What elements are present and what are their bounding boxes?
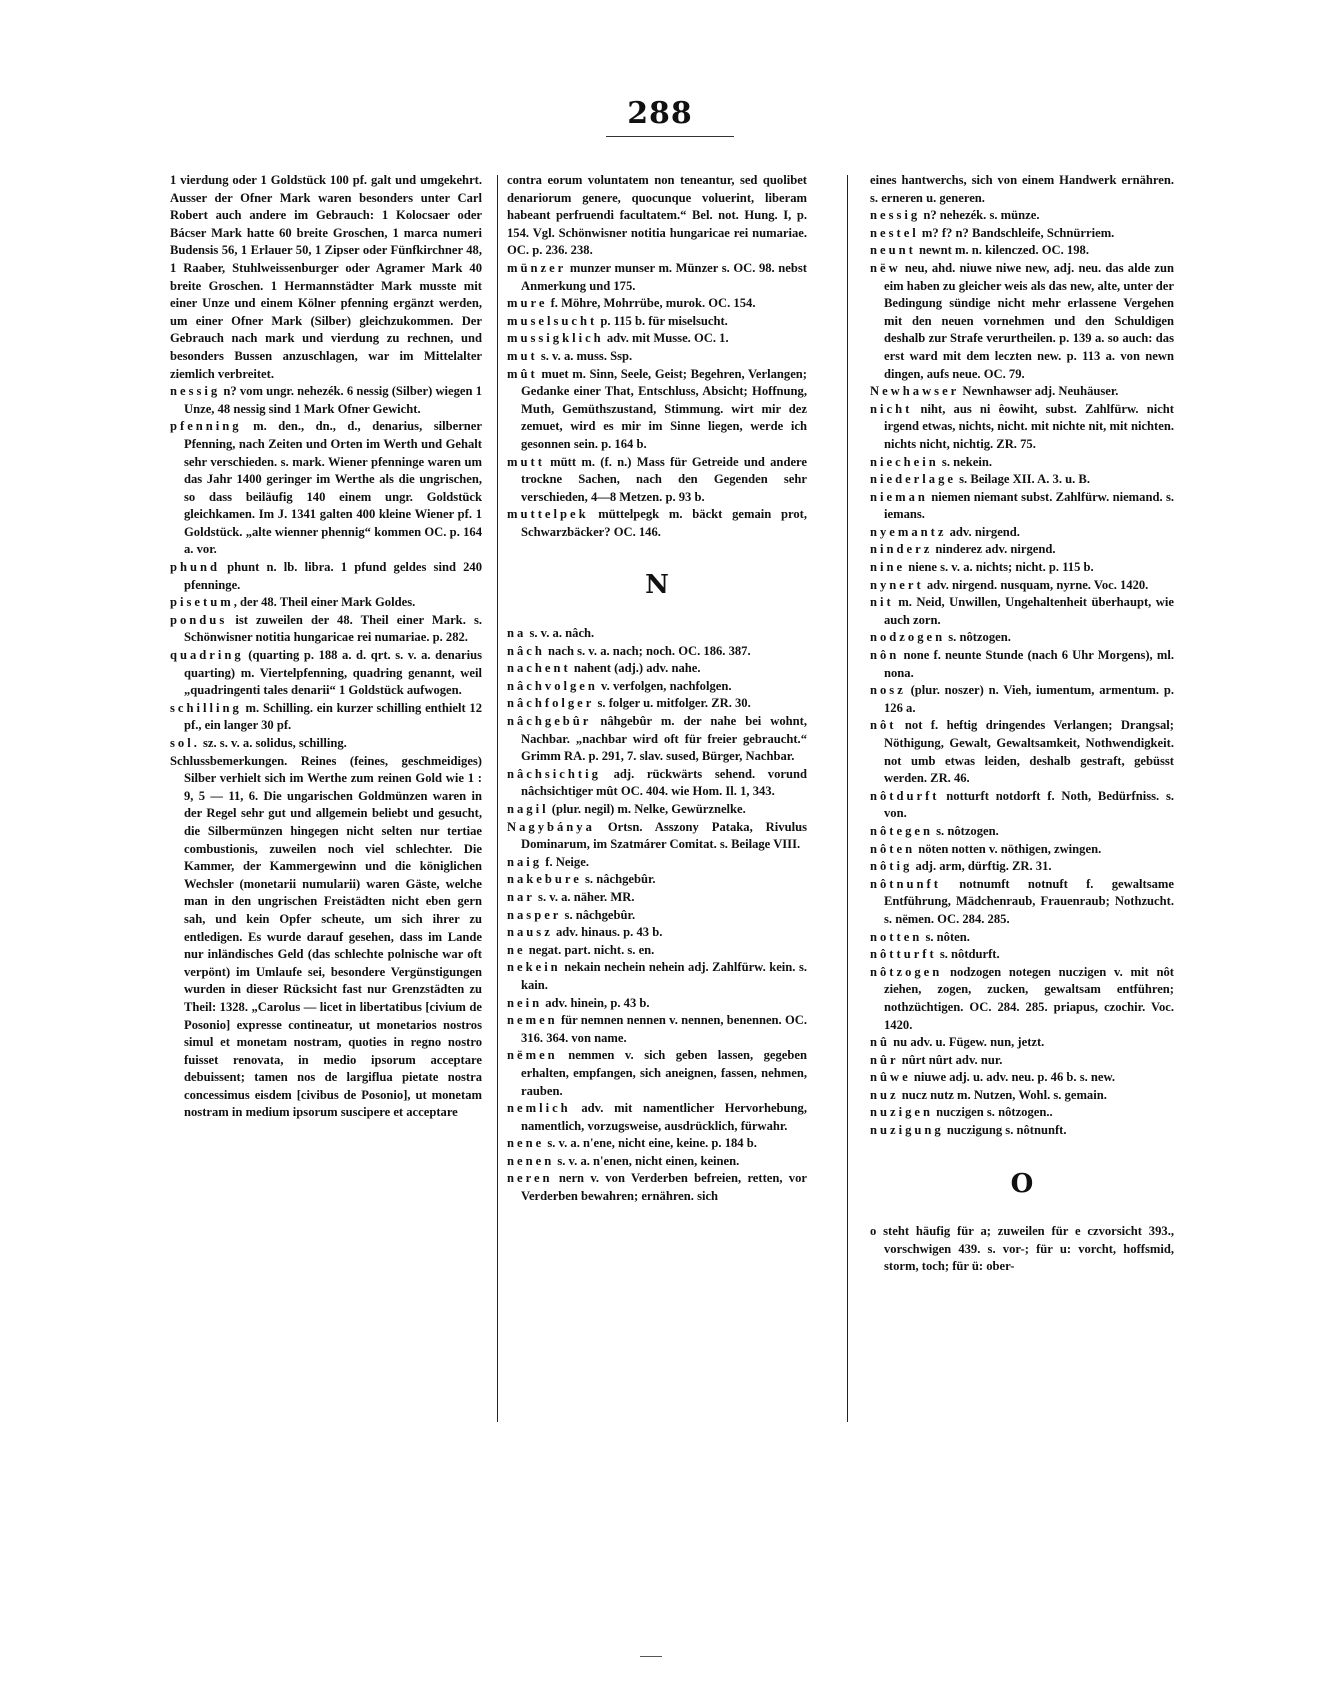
- entry-text: phunt n. lb. libra. 1 pfund geldes sind …: [184, 560, 482, 592]
- headword: nôtegen: [870, 824, 933, 838]
- headword: nachent: [507, 661, 571, 675]
- dictionary-entry: nestel m? f? n? Bandschleife, Schnürriem…: [870, 225, 1174, 243]
- dictionary-entry: nasper s. nâchgebûr.: [507, 907, 807, 925]
- dictionary-entry: nuz nucz nutz m. Nutzen, Wohl. s. gemain…: [870, 1087, 1174, 1105]
- headword: nâchsichtig: [507, 767, 601, 781]
- entry-text: s. folger u. mitfolger. ZR. 30.: [594, 696, 750, 710]
- dictionary-entry: nit m. Neid, Unwillen, Ungehaltenheit üb…: [870, 594, 1174, 629]
- dictionary-entry: nosz (plur. noszer) n. Vieh, iumentum, a…: [870, 682, 1174, 717]
- dictionary-entry: nôtzogen nodzogen notegen nuczigen v. mi…: [870, 964, 1174, 1034]
- dictionary-entry: nine niene s. v. a. nichts; nicht. p. 11…: [870, 559, 1174, 577]
- dictionary-entry: nenen s. v. a. n'enen, nicht einen, kein…: [507, 1153, 807, 1171]
- entry-text: v. verfolgen, nachfolgen.: [598, 679, 732, 693]
- dictionary-entry: nemlich adv. mit namentlicher Hervorhebu…: [507, 1100, 807, 1135]
- dictionary-entry: muttelpek müttelpegk m. bäckt gemain pro…: [507, 506, 807, 541]
- column-2: contra eorum voluntatem non teneantur, s…: [507, 172, 807, 1206]
- headword: nessig: [870, 208, 920, 222]
- headword: nieman: [870, 490, 928, 504]
- dictionary-entry: nû nu adv. u. Fügew. nun, jetzt.: [870, 1034, 1174, 1052]
- entry-text: s. nâchgebûr.: [561, 908, 635, 922]
- entry-text: s. nekein.: [939, 455, 992, 469]
- entry-text: p. 115 b. für miselsucht.: [597, 314, 728, 328]
- headword: nûr: [870, 1053, 899, 1067]
- headword: naig: [507, 855, 542, 869]
- headword: nodzogen: [870, 630, 945, 644]
- entry-text: s. v. a. nâch.: [526, 626, 594, 640]
- entry-text: negat. part. nicht. s. en.: [526, 943, 655, 957]
- page-number: 288: [560, 96, 760, 131]
- dictionary-entry: nodzogen s. nôtzogen.: [870, 629, 1174, 647]
- headword: nôten: [870, 842, 915, 856]
- headword: nagil: [507, 802, 549, 816]
- dictionary-entry: Nagybánya Ortsn. Asszony Pataka, Rivulus…: [507, 819, 807, 854]
- headword: sol.: [170, 736, 200, 750]
- dictionary-entry: mut s. v. a. muss. Ssp.: [507, 348, 807, 366]
- headword: nemen: [507, 1013, 558, 1027]
- dictionary-entry: nicht niht, aus ni êowiht, subst. Zahlfü…: [870, 401, 1174, 454]
- headword: nynert: [870, 578, 924, 592]
- section-letter: O: [870, 1176, 1174, 1194]
- entry-text: m. den., dn., d., denarius, silberner Pf…: [184, 419, 482, 556]
- headword: nicht: [870, 402, 912, 416]
- dictionary-entry: mût muet m. Sinn, Seele, Geist; Begehren…: [507, 366, 807, 454]
- entry-text: niene s. v. a. nichts; nicht. p. 115 b.: [905, 560, 1094, 574]
- entry-text: adv. hinein, p. 43 b.: [542, 996, 649, 1010]
- headword: nuz: [870, 1088, 899, 1102]
- entry-text: , der 48. Theil einer Mark Goldes.: [234, 595, 416, 609]
- headword: nuzigung: [870, 1123, 944, 1137]
- entry-text: n? nehezék. s. münze.: [920, 208, 1039, 222]
- headword: nar: [507, 890, 535, 904]
- headword: nasper: [507, 908, 561, 922]
- headword: nôtdurft: [870, 789, 939, 803]
- headword: ninderz: [870, 542, 932, 556]
- dictionary-entry: nëw neu, ahd. niuwe niwe new, adj. neu. …: [870, 260, 1174, 383]
- entry-text: sz. s. v. a. solidus, schilling.: [200, 736, 347, 750]
- dictionary-entry: quadring (quarting p. 188 a. d. qrt. s. …: [170, 647, 482, 700]
- entry-text: niht, aus ni êowiht, subst. Zahlfürw. ni…: [884, 402, 1174, 451]
- entry-text: none f. neunte Stunde (nach 6 Uhr Morgen…: [884, 648, 1174, 680]
- headword: nâchvolgen: [507, 679, 598, 693]
- headword: nausz: [507, 925, 553, 939]
- entry-text: 1 vierdung oder 1 Goldstück 100 pf. galt…: [170, 173, 482, 381]
- dictionary-entry: pondus ist zuweilen der 48. Theil einer …: [170, 612, 482, 647]
- section-letter: N: [507, 577, 807, 595]
- dictionary-entry: nein adv. hinein, p. 43 b.: [507, 995, 807, 1013]
- entry-text: s. v. a. n'ene, nicht eine, keine. p. 18…: [544, 1136, 757, 1150]
- headword: nëw: [870, 261, 901, 275]
- headword: nein: [507, 996, 542, 1010]
- entry-text: s. nôten.: [922, 930, 970, 944]
- entry-text: f. Möhre, Mohrrübe, murok. OC. 154.: [547, 296, 755, 310]
- entry-text: f. Neige.: [542, 855, 589, 869]
- dictionary-entry: nâchsichtig adj. rückwärts sehend. vorun…: [507, 766, 807, 801]
- dictionary-entry: ne negat. part. nicht. s. en.: [507, 942, 807, 960]
- dictionary-entry: nessig n? vom ungr. nehezék. 6 nessig (S…: [170, 383, 482, 418]
- dictionary-entry: na s. v. a. nâch.: [507, 625, 807, 643]
- dictionary-entry: nâchgebûr nâhgebûr m. der nahe bei wohnt…: [507, 713, 807, 766]
- dictionary-entry: nausz adv. hinaus. p. 43 b.: [507, 924, 807, 942]
- entry-text: s. nôtzogen.: [945, 630, 1011, 644]
- dictionary-entry: nuzigung nuczigung s. nôtnunft.: [870, 1122, 1174, 1140]
- headword: nessig: [170, 384, 220, 398]
- entry-text: Newnhawser adj. Neuhäuser.: [959, 384, 1118, 398]
- headword: phund: [170, 560, 220, 574]
- headword: mutt: [507, 455, 545, 469]
- dictionary-entry: nôt not f. heftig dringendes Verlangen; …: [870, 717, 1174, 787]
- entry-text: nahent (adj.) adv. nahe.: [571, 661, 701, 675]
- headword: mut: [507, 349, 538, 363]
- dictionary-entry: nëmen nemmen v. sich geben lassen, gegeb…: [507, 1047, 807, 1100]
- dictionary-entry: nachent nahent (adj.) adv. nahe.: [507, 660, 807, 678]
- column-divider: [497, 175, 498, 1422]
- entry-text: adj. arm, dürftig. ZR. 31.: [912, 859, 1051, 873]
- headword: mure: [507, 296, 547, 310]
- headword: nakebure: [507, 872, 582, 886]
- column-3: eines hantwerchs, sich von einem Handwer…: [870, 172, 1174, 1276]
- entry-text: mütt m. (f. n.) Mass für Getreide und an…: [521, 455, 807, 504]
- dictionary-entry: mutt mütt m. (f. n.) Mass für Getreide u…: [507, 454, 807, 507]
- headword: nôt: [870, 718, 897, 732]
- headword: nû: [870, 1035, 890, 1049]
- entry-text: adv. hinaus. p. 43 b.: [553, 925, 663, 939]
- entry-text: s. Beilage XII. A. 3. u. B.: [956, 472, 1090, 486]
- dictionary-entry: mussigklich adv. mit Musse. OC. 1.: [507, 330, 807, 348]
- dictionary-entry: niechein s. nekein.: [870, 454, 1174, 472]
- entry-text: n? vom ungr. nehezék. 6 nessig (Silber) …: [184, 384, 482, 416]
- entry-text: nöten notten v. nöthigen, zwingen.: [915, 842, 1101, 856]
- dictionary-entry: nyemantz adv. nirgend.: [870, 524, 1174, 542]
- headword: nyemantz: [870, 525, 946, 539]
- headword: ne: [507, 943, 526, 957]
- entry-text: muet m. Sinn, Seele, Geist; Begehren, Ve…: [521, 367, 807, 451]
- headword: nene: [507, 1136, 544, 1150]
- dictionary-entry: nagil (plur. negil) m. Nelke, Gewürznelk…: [507, 801, 807, 819]
- entry-text: m? f? n? Bandschleife, Schnürriem.: [919, 226, 1115, 240]
- dictionary-entry: nôtnunft notnumft notnuft f. gewaltsame …: [870, 876, 1174, 929]
- headword: nôtturft: [870, 947, 937, 961]
- dictionary-entry: nynert adv. nirgend. nusquam, nyrne. Voc…: [870, 577, 1174, 595]
- dictionary-entry: nûwe niuwe adj. u. adv. neu. p. 46 b. s.…: [870, 1069, 1174, 1087]
- dictionary-entry: neren nern v. von Verderben befreien, re…: [507, 1170, 807, 1205]
- entry-text: ist zuweilen der 48. Theil einer Mark. s…: [184, 613, 482, 645]
- dictionary-entry: nekein nekain nechein nehein adj. Zahlfü…: [507, 959, 807, 994]
- headword: notten: [870, 930, 922, 944]
- dictionary-entry: nôn none f. neunte Stunde (nach 6 Uhr Mo…: [870, 647, 1174, 682]
- entry-text: s. nôtdurft.: [937, 947, 1000, 961]
- dictionary-entry: mure f. Möhre, Mohrrübe, murok. OC. 154.: [507, 295, 807, 313]
- headword: nûwe: [870, 1070, 911, 1084]
- dictionary-entry: nâch nach s. v. a. nach; noch. OC. 186. …: [507, 643, 807, 661]
- headword: niederlage: [870, 472, 956, 486]
- dictionary-entry: sol. sz. s. v. a. solidus, schilling.: [170, 735, 482, 753]
- dictionary-entry: Newhawser Newnhawser adj. Neuhäuser.: [870, 383, 1174, 401]
- entry-text: m. Neid, Unwillen, Ungehaltenheit überha…: [884, 595, 1174, 627]
- headword: nâchgebûr: [507, 714, 591, 728]
- entry-text: ninderez adv. nirgend.: [932, 542, 1055, 556]
- dictionary-entry: nôtegen s. nôtzogen.: [870, 823, 1174, 841]
- headword: nenen: [507, 1154, 554, 1168]
- dictionary-entry: nâchvolgen v. verfolgen, nachfolgen.: [507, 678, 807, 696]
- headword: nôn: [870, 648, 899, 662]
- headword: pfenning: [170, 419, 242, 433]
- entry-text: nemmen v. sich geben lassen, gegeben erh…: [521, 1048, 807, 1097]
- entry-text: niuwe adj. u. adv. neu. p. 46 b. s. new.: [911, 1070, 1115, 1084]
- column-divider: [847, 175, 848, 1422]
- dictionary-entry: muselsucht p. 115 b. für miselsucht.: [507, 313, 807, 331]
- entry-text: nucz nutz m. Nutzen, Wohl. s. gemain.: [899, 1088, 1107, 1102]
- entry-text: s. nôtzogen.: [933, 824, 999, 838]
- entry-text: s. v. a. n'enen, nicht einen, keinen.: [554, 1154, 739, 1168]
- dictionary-entry: phund phunt n. lb. libra. 1 pfund geldes…: [170, 559, 482, 594]
- entry-text: Schlussbemerkungen. Reines (feines, gesc…: [170, 754, 482, 1120]
- headword: quadring: [170, 648, 244, 662]
- dictionary-entry: schilling m. Schilling. ein kurzer schil…: [170, 700, 482, 735]
- entry-text: (plur. negil) m. Nelke, Gewürznelke.: [549, 802, 746, 816]
- headword: nemlich: [507, 1101, 571, 1115]
- entry-text: niemen niemant subst. Zahlfürw. niemand.…: [884, 490, 1174, 522]
- dictionary-entry: pisetum, der 48. Theil einer Mark Goldes…: [170, 594, 482, 612]
- dictionary-entry: nene s. v. a. n'ene, nicht eine, keine. …: [507, 1135, 807, 1153]
- headword: nôtig: [870, 859, 912, 873]
- headword: nestel: [870, 226, 919, 240]
- headword: niechein: [870, 455, 939, 469]
- dictionary-entry: nôtturft s. nôtdurft.: [870, 946, 1174, 964]
- headword: nôtzogen: [870, 965, 942, 979]
- entry-text: adv. nirgend.: [946, 525, 1019, 539]
- dictionary-entry: o steht häufig für a; zuweilen für e czv…: [870, 1223, 1174, 1276]
- entry-text: newnt m. n. kilenczed. OC. 198.: [916, 243, 1089, 257]
- headword: na: [507, 626, 526, 640]
- dictionary-entry: nakebure s. nâchgebûr.: [507, 871, 807, 889]
- dictionary-entry: Schlussbemerkungen. Reines (feines, gesc…: [170, 753, 482, 1122]
- entry-text: not f. heftig dringendes Verlangen; Dran…: [884, 718, 1174, 785]
- headword: mussigklich: [507, 331, 604, 345]
- dictionary-entry: nuzigen nuczigen s. nôtzogen..: [870, 1104, 1174, 1122]
- entry-text: adv. mit Musse. OC. 1.: [604, 331, 729, 345]
- entry-text: contra eorum voluntatem non teneantur, s…: [507, 173, 807, 257]
- headword: Newhawser: [870, 384, 959, 398]
- dictionary-entry: nessig n? nehezék. s. münze.: [870, 207, 1174, 225]
- headword: nôtnunft: [870, 877, 941, 891]
- dictionary-entry: pfenning m. den., dn., d., denarius, sil…: [170, 418, 482, 559]
- headword: nosz: [870, 683, 906, 697]
- dictionary-entry: notten s. nôten.: [870, 929, 1174, 947]
- entry-text: eines hantwerchs, sich von einem Handwer…: [870, 173, 1174, 205]
- headword: nit: [870, 595, 894, 609]
- entry-text: (plur. noszer) n. Vieh, iumentum, arment…: [884, 683, 1174, 715]
- entry-text: s. v. a. muss. Ssp.: [538, 349, 633, 363]
- headword: nuzigen: [870, 1105, 933, 1119]
- entry-text: o steht häufig für a; zuweilen für e czv…: [870, 1224, 1174, 1273]
- continued-text: eines hantwerchs, sich von einem Handwer…: [870, 172, 1174, 207]
- footer-mark: [640, 1656, 662, 1657]
- dictionary-entry: ninderz ninderez adv. nirgend.: [870, 541, 1174, 559]
- headword: nâch: [507, 644, 545, 658]
- dictionary-entry: naig f. Neige.: [507, 854, 807, 872]
- entry-text: nekain nechein nehein adj. Zahlfürw. kei…: [521, 960, 807, 992]
- headword: mût: [507, 367, 538, 381]
- entry-text: nach s. v. a. nach; noch. OC. 186. 387.: [545, 644, 751, 658]
- headword: münzer: [507, 261, 566, 275]
- entry-text: adv. nirgend. nusquam, nyrne. Voc. 1420.: [924, 578, 1149, 592]
- entry-text: s. v. a. näher. MR.: [535, 890, 635, 904]
- dictionary-entry: neunt newnt m. n. kilenczed. OC. 198.: [870, 242, 1174, 260]
- headword: nine: [870, 560, 905, 574]
- headword: nëmen: [507, 1048, 558, 1062]
- entry-text: nuczigung s. nôtnunft.: [944, 1123, 1067, 1137]
- headword: neunt: [870, 243, 916, 257]
- header-rule: [606, 136, 734, 137]
- dictionary-entry: nôten nöten notten v. nöthigen, zwingen.: [870, 841, 1174, 859]
- column-1: 1 vierdung oder 1 Goldstück 100 pf. galt…: [170, 172, 482, 1122]
- dictionary-entry: nûr nûrt nûrt adv. nur.: [870, 1052, 1174, 1070]
- dictionary-entry: nôtdurft notturft notdorft f. Noth, Bedü…: [870, 788, 1174, 823]
- entry-text: nern v. von Verderben befreien, retten, …: [521, 1171, 807, 1203]
- headword: nâchfolger: [507, 696, 594, 710]
- headword: muselsucht: [507, 314, 597, 328]
- headword: pondus: [170, 613, 227, 627]
- entry-text: für nemnen nennen v. nennen, benennen. O…: [521, 1013, 807, 1045]
- dictionary-entry: nieman niemen niemant subst. Zahlfürw. n…: [870, 489, 1174, 524]
- headword: neren: [507, 1171, 553, 1185]
- headword: muttelpek: [507, 507, 589, 521]
- continued-text: contra eorum voluntatem non teneantur, s…: [507, 172, 807, 260]
- entry-text: nu adv. u. Fügew. nun, jetzt.: [890, 1035, 1044, 1049]
- headword: schilling: [170, 701, 242, 715]
- headword: pisetum: [170, 595, 234, 609]
- headword: nekein: [507, 960, 561, 974]
- entry-text: s. nâchgebûr.: [582, 872, 656, 886]
- dictionary-entry: nâchfolger s. folger u. mitfolger. ZR. 3…: [507, 695, 807, 713]
- dictionary-entry: nar s. v. a. näher. MR.: [507, 889, 807, 907]
- dictionary-entry: nemen für nemnen nennen v. nennen, benen…: [507, 1012, 807, 1047]
- dictionary-entry: münzer munzer munser m. Münzer s. OC. 98…: [507, 260, 807, 295]
- entry-text: nuczigen s. nôtzogen..: [933, 1105, 1053, 1119]
- entry-text: neu, ahd. niuwe niwe new, adj. neu. das …: [884, 261, 1174, 381]
- headword: Nagybánya: [507, 820, 595, 834]
- dictionary-entry: niederlage s. Beilage XII. A. 3. u. B.: [870, 471, 1174, 489]
- continued-text: 1 vierdung oder 1 Goldstück 100 pf. galt…: [170, 172, 482, 383]
- entry-text: nûrt nûrt adv. nur.: [899, 1053, 1003, 1067]
- dictionary-entry: nôtig adj. arm, dürftig. ZR. 31.: [870, 858, 1174, 876]
